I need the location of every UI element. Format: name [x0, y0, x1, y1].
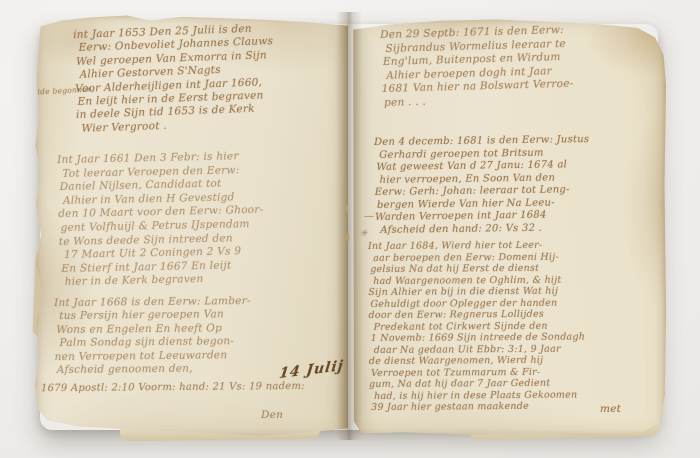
margin-star-mark: ✳ [360, 229, 368, 239]
margin-dash-mark: — [364, 211, 374, 222]
manuscript-line: 39 Jaar hier gestaan maakende [371, 400, 586, 413]
right-paragraph-2: Den 4 decemb: 1681 is den Eerw: JustusGe… [374, 134, 591, 237]
left-footer-line: 1679 Apostl: 2:10 Voorm: hand: 21 Vs: 19… [41, 381, 305, 394]
manuscript-photo: vide begonnen, int Jaar 1653 Den 25 Juli… [0, 0, 700, 458]
manuscript-line: Gehuldigt door Oplegger der handen [370, 297, 585, 310]
binding-stitch [346, 233, 349, 241]
right-paragraph-3: Int Jaar 1684, Wierd hier tot Leer-aar b… [368, 239, 586, 413]
manuscript-right-page: — ✳ Den 29 Septb: 1671 is den Eerw:Sijbr… [352, 17, 666, 438]
manuscript-left-page: vide begonnen, int Jaar 1653 Den 25 Juli… [33, 13, 348, 439]
manuscript-line: Afscheid genoomen den, [57, 362, 252, 377]
manuscript-line: nen Verroepen tot Leeuwarden [55, 349, 252, 364]
manuscript-line: daar Na gedaan Uit Ebbr: 3:1, 9 Jaar [374, 343, 586, 356]
manuscript-line: 1 Novemb: 1669 Sijn intreede de Sondagh [371, 331, 586, 344]
right-paragraph-1: Den 29 Septb: 1671 is den Eerw:Sijbrandu… [380, 24, 574, 111]
manuscript-line: Sijn Alhier en bij in die dienst Wat hij [368, 285, 585, 298]
binding-stitch [345, 205, 348, 213]
left-paragraph-3: Int Jaar 1668 is den Eerw: Lamber-tus Pe… [54, 295, 252, 377]
left-catchword: Den [261, 409, 283, 421]
right-catchword: met [600, 403, 621, 415]
manuscript-line: aar beroepen den Eerw: Domeni Hij- [373, 251, 585, 264]
left-paragraph-1: int Jaar 1653 Den 25 Julii is denEerw: O… [73, 22, 276, 136]
manuscript-line: had, is hij hier in dese Plaats Gekoomen [374, 389, 586, 402]
left-paragraph-2: Int Jaar 1661 Den 3 Febr: is hierTot lee… [57, 150, 265, 290]
